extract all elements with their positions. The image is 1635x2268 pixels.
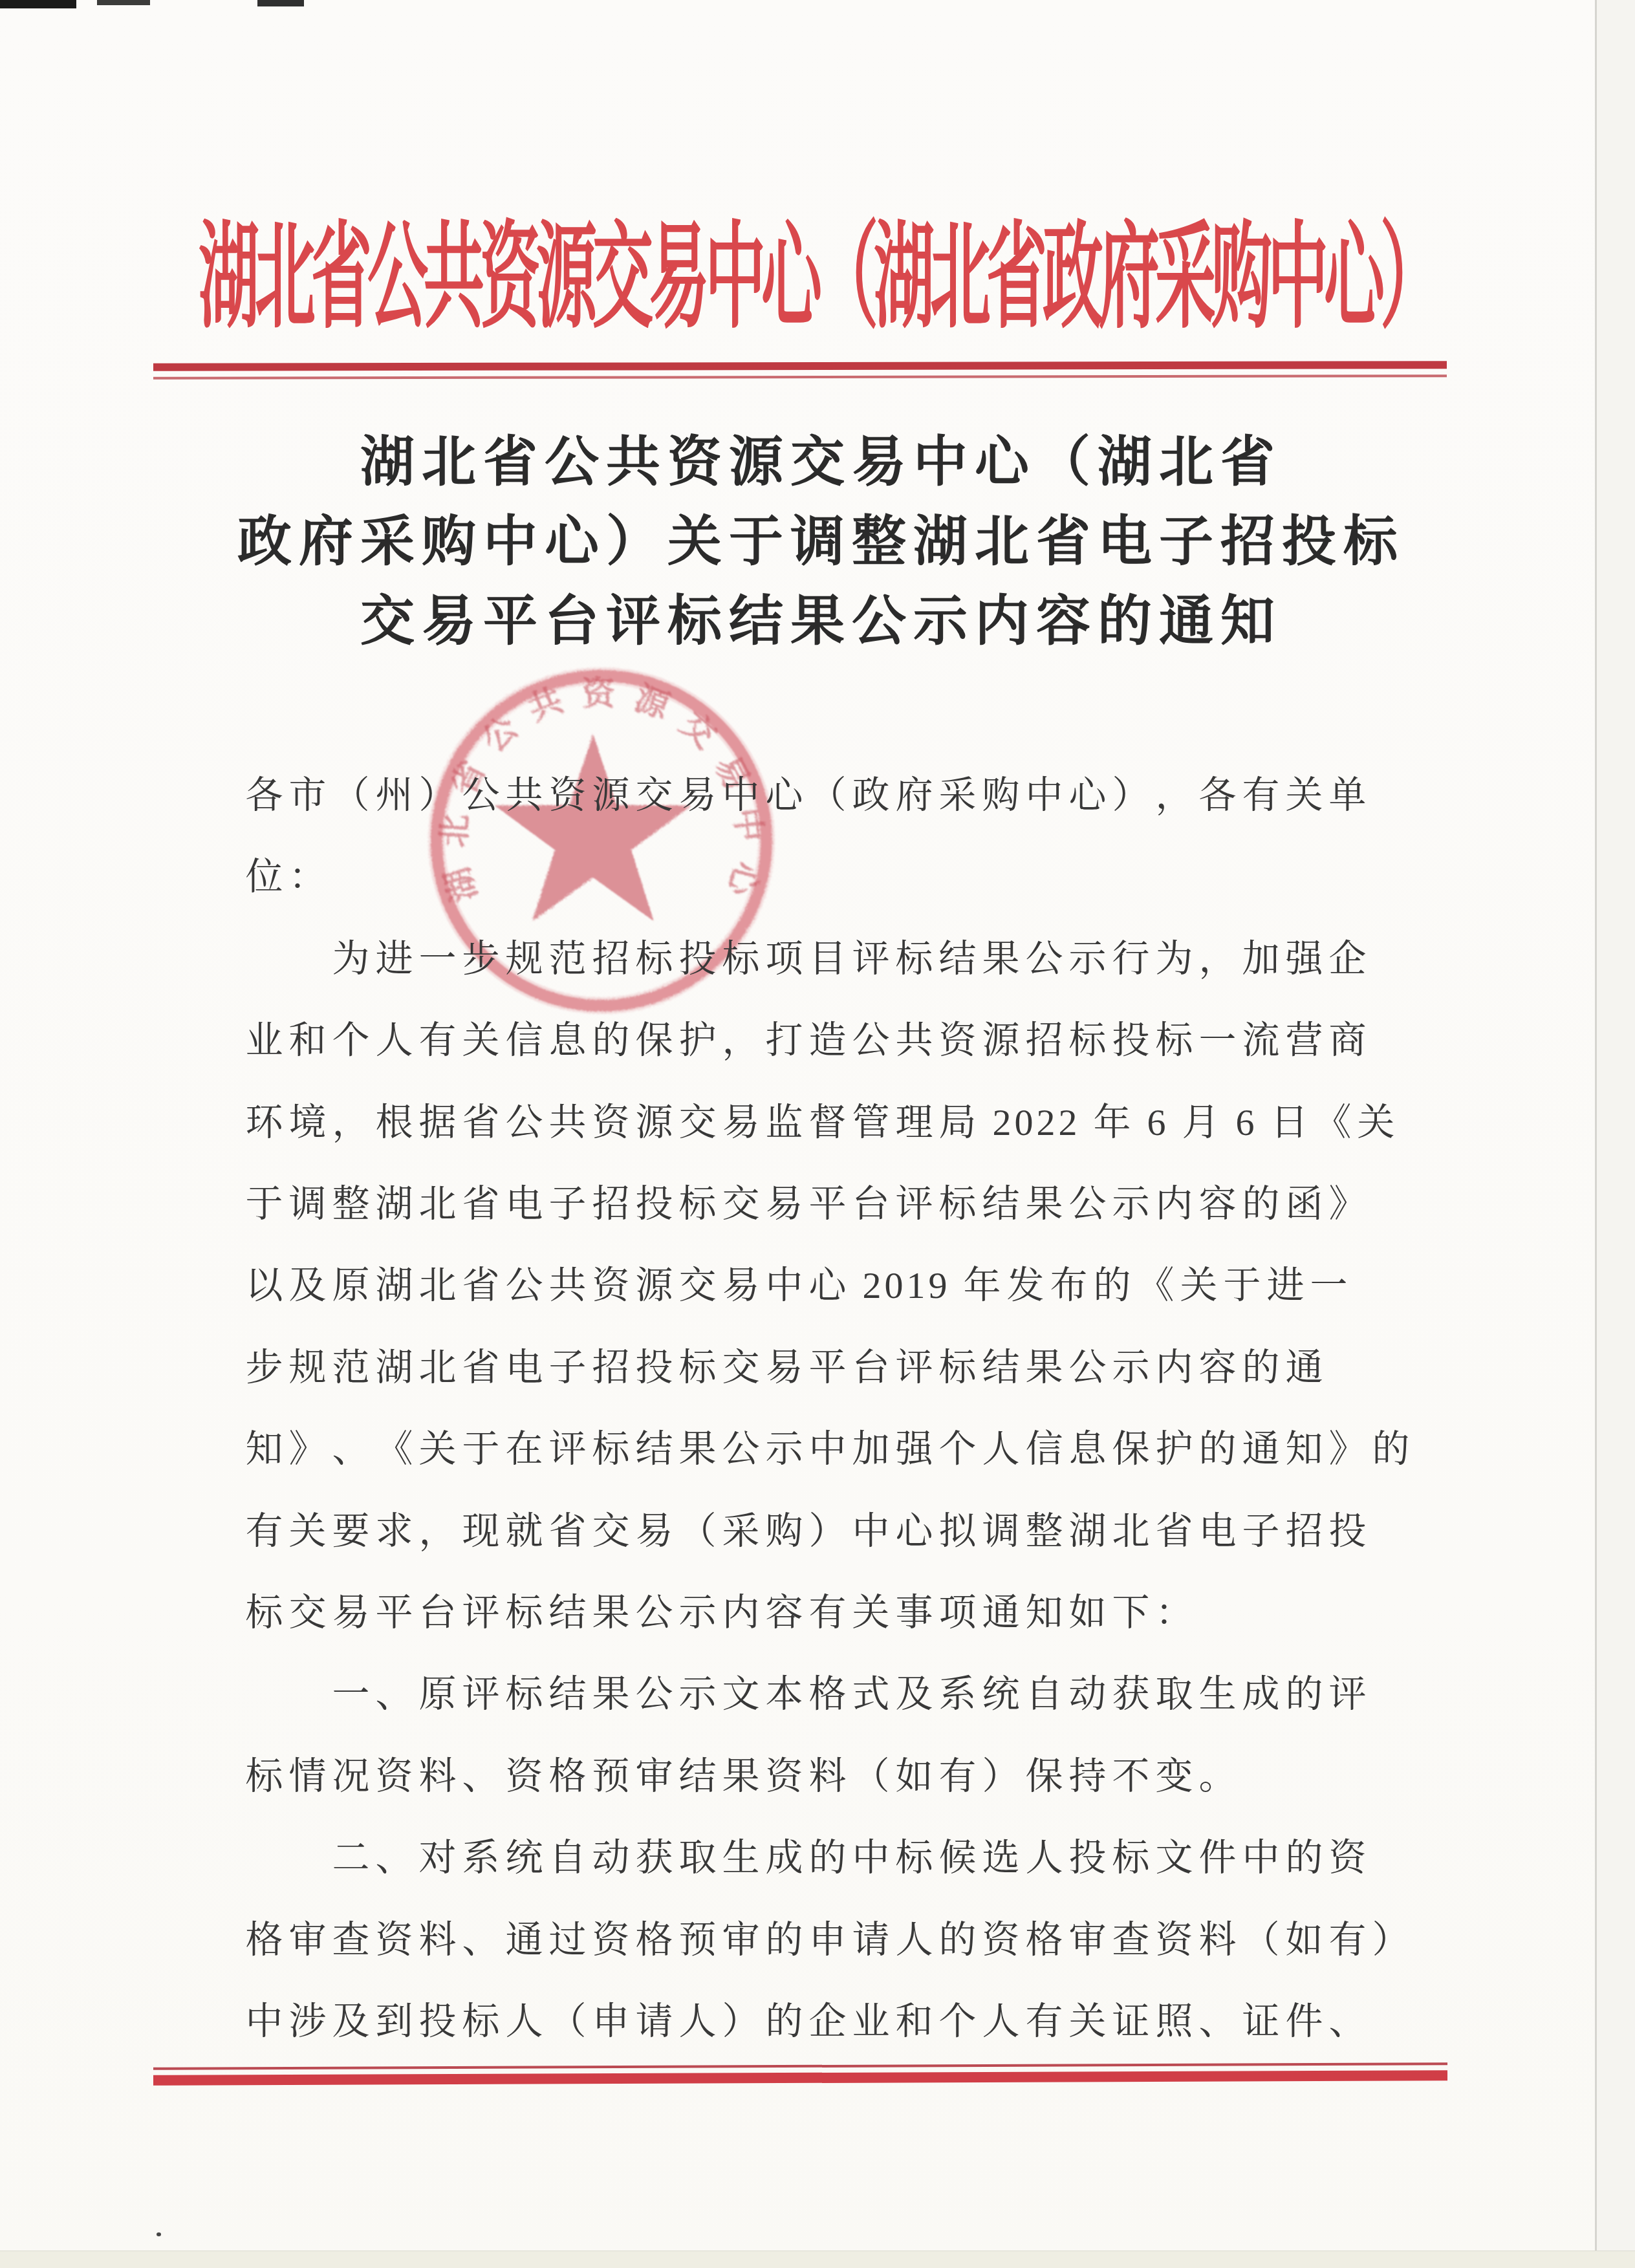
char: 据: [416, 1082, 459, 1163]
char: 心: [893, 1491, 936, 1572]
char: 及: [329, 1981, 373, 2062]
char: 共: [424, 221, 480, 430]
char: 管: [849, 1082, 893, 1163]
char: 中: [705, 221, 761, 430]
char: 统: [979, 1654, 1023, 1735]
char: 投: [1279, 509, 1340, 580]
char: 平: [806, 1327, 849, 1409]
char: 内: [719, 1572, 763, 1654]
char: 事: [893, 1572, 936, 1654]
char: ，: [329, 1082, 373, 1163]
char: [1256, 1082, 1268, 1163]
char: （: [1239, 1899, 1283, 1981]
char: 为: [1153, 918, 1196, 1000]
char: 不: [1109, 1736, 1153, 1817]
char: （: [817, 221, 874, 430]
char: 选: [979, 1817, 1023, 1899]
char: 一: [1196, 1000, 1239, 1081]
char: ）: [1109, 755, 1153, 836]
char: 中: [849, 1817, 893, 1899]
char: 企: [1326, 918, 1369, 1000]
char: 为: [329, 918, 373, 1000]
char: 果: [719, 1736, 763, 1817]
char: 子: [546, 1163, 589, 1245]
char: 中: [910, 429, 971, 501]
char: 标: [719, 918, 763, 1000]
char: 购: [418, 509, 480, 580]
char: 结: [546, 1654, 589, 1735]
char: 湖: [373, 1163, 416, 1245]
char: 公: [719, 1409, 763, 1490]
char: 资: [589, 1082, 633, 1163]
char: 评: [546, 1409, 589, 1490]
char: 交: [633, 755, 676, 836]
char: 购: [979, 755, 1023, 836]
document-line: 标交易平台评标结果公示内容有关事项通知如下：: [243, 1572, 1196, 1654]
char: 源: [633, 1245, 676, 1326]
char: 。: [1196, 1736, 1239, 1817]
char: 易: [763, 1163, 806, 1245]
char: 及: [286, 1245, 329, 1326]
char: 省: [311, 221, 367, 430]
char: 文: [1153, 1817, 1196, 1899]
char: 人: [373, 1000, 416, 1081]
char: 件: [1196, 1817, 1239, 1899]
char: 台: [541, 589, 603, 660]
char: 的: [1239, 1163, 1283, 1245]
char: 交: [589, 1491, 633, 1572]
char: ，: [719, 1000, 763, 1081]
char: 2: [991, 1082, 1013, 1163]
char: 规: [286, 1327, 329, 1409]
char: 北: [255, 221, 311, 430]
char: 《: [1134, 1245, 1177, 1326]
char: 求: [373, 1491, 416, 1572]
char: 示: [676, 1572, 719, 1654]
char: 关: [286, 1491, 329, 1572]
char: 、: [1196, 1981, 1239, 2062]
char: 拟: [936, 1491, 979, 1572]
char: [949, 1245, 960, 1326]
char: 的: [1283, 1654, 1326, 1735]
char: 的: [936, 1899, 979, 1981]
char: 息: [1066, 1409, 1109, 1490]
char: 人: [893, 1899, 936, 1981]
char: 标: [1340, 509, 1402, 580]
char: 的: [589, 1000, 633, 1081]
char: 于: [459, 1409, 503, 1490]
char: 调: [787, 509, 849, 580]
char: 月: [1179, 1082, 1222, 1163]
char: 发: [1004, 1245, 1047, 1326]
char: 结: [633, 1409, 676, 1490]
char: 内: [1153, 1327, 1196, 1409]
char: 在: [503, 1409, 546, 1490]
document-line: 为进一步规范招标投标项目评标结果公示行为，加强企: [243, 918, 1369, 1000]
char: 源: [536, 221, 592, 430]
char: 造: [806, 1000, 849, 1081]
char: 心: [971, 429, 1033, 501]
char: 北: [971, 509, 1033, 580]
char: 投: [416, 1981, 459, 2062]
char: 果: [1023, 1163, 1066, 1245]
char: 公: [633, 1654, 676, 1735]
char: 资: [664, 429, 726, 501]
char: 湖: [199, 221, 255, 430]
document-line: 中涉及到投标人（申请人）的企业和个人有关证照、证件、: [243, 1981, 1369, 2062]
char: 心: [763, 755, 806, 836]
char: 标: [243, 1736, 286, 1817]
char: 、: [459, 1899, 503, 1981]
char: 项: [936, 1572, 979, 1654]
char: 6: [1234, 1082, 1256, 1163]
char: 标: [936, 1327, 979, 1409]
char: 现: [459, 1491, 503, 1572]
char: 原: [329, 1245, 373, 1326]
char: 关: [1177, 1245, 1220, 1326]
char: 一: [1307, 1245, 1350, 1326]
char: 监: [763, 1082, 806, 1163]
char: ：: [1153, 1572, 1196, 1654]
char: 于: [243, 1163, 286, 1245]
char: 营: [1283, 1000, 1326, 1081]
char: ）: [806, 1491, 849, 1572]
scan-artifact: [97, 0, 150, 5]
char: 心: [1324, 221, 1380, 430]
char: 示: [676, 1654, 719, 1735]
char: 格: [243, 1899, 286, 1981]
char: 中: [1239, 1817, 1283, 1899]
char: 格: [546, 1736, 589, 1817]
char: 招: [589, 1163, 633, 1245]
char: 易: [329, 1572, 373, 1654]
char: 标: [1109, 1817, 1153, 1899]
char: 有: [806, 1572, 849, 1654]
char: 容: [1033, 589, 1094, 660]
char: 通: [979, 1572, 1023, 1654]
char: 强: [893, 1409, 936, 1490]
char: 范: [329, 1327, 373, 1409]
char: 中: [849, 1491, 893, 1572]
char: 心: [541, 509, 603, 580]
char: 北: [416, 1163, 459, 1245]
document-line: 环境，根据省公共资源交易监督管理局 2022 年 6 月 6 日《关: [243, 1082, 1398, 1163]
char: 采: [936, 755, 979, 836]
document-line: 于调整湖北省电子招投标交易平台评标结果公示内容的函》: [243, 1163, 1369, 1245]
char: 整: [329, 1163, 373, 1245]
char: 电: [503, 1327, 546, 1409]
document-line: 标情况资料、资格预审结果资料（如有）保持不变。: [243, 1736, 1239, 1817]
char: 生: [719, 1817, 763, 1899]
char: 果: [589, 1572, 633, 1654]
char: 格: [1023, 1899, 1066, 1981]
char: 示: [763, 1409, 806, 1490]
char: 过: [546, 1899, 589, 1981]
char: 中: [806, 1409, 849, 1490]
char: 易: [763, 1327, 806, 1409]
char: 资: [546, 755, 589, 836]
char: 《: [373, 1409, 416, 1490]
char: 有: [1326, 1899, 1369, 1981]
char: 范: [546, 918, 589, 1000]
char: ，: [1196, 918, 1239, 1000]
char: 评: [893, 1163, 936, 1245]
char: 平: [373, 1572, 416, 1654]
char: 招: [589, 1327, 633, 1409]
char: ）: [719, 1981, 763, 2062]
char: 知: [1217, 589, 1279, 660]
char: 原: [416, 1654, 459, 1735]
char: 步: [243, 1327, 286, 1409]
char: 公: [503, 1245, 546, 1326]
char: 公: [1066, 1327, 1109, 1409]
char: 关: [664, 509, 726, 580]
char: 共: [503, 755, 546, 836]
char: 府: [296, 509, 357, 580]
char: ）: [416, 755, 459, 836]
char: 共: [893, 1000, 936, 1081]
char: 公: [459, 755, 503, 836]
char: 件: [1283, 1981, 1326, 2062]
char: 6: [1145, 1082, 1167, 1163]
char: 业: [849, 1981, 893, 2062]
char: 内: [1153, 1163, 1196, 1245]
char: 审: [286, 1899, 329, 1981]
char: 关: [416, 1409, 459, 1490]
char: 标: [503, 1654, 546, 1735]
char: 打: [763, 1000, 806, 1081]
char: 源: [726, 429, 787, 501]
char: 督: [806, 1082, 849, 1163]
char: 资: [936, 1000, 979, 1081]
char: 易: [633, 1491, 676, 1572]
char: 证: [1239, 1981, 1283, 2062]
char: 资: [1153, 1899, 1196, 1981]
char: 自: [1023, 1654, 1066, 1735]
char: 省: [459, 1163, 503, 1245]
char: 市: [286, 755, 329, 836]
char: 省: [1217, 429, 1279, 501]
char: 调: [979, 1491, 1023, 1572]
char: 息: [546, 1000, 589, 1081]
char: 调: [286, 1163, 329, 1245]
char: 湖: [1066, 1491, 1109, 1572]
char: 取: [676, 1817, 719, 1899]
char: 评: [459, 1654, 503, 1735]
char: 标: [503, 1572, 546, 1654]
char: 个: [936, 1981, 979, 2062]
char: 评: [849, 918, 893, 1000]
char: 人: [676, 1981, 719, 2062]
char: 一: [329, 1654, 373, 1735]
char: 省: [1153, 1491, 1196, 1572]
char: 电: [1094, 509, 1156, 580]
char: 保: [633, 1000, 676, 1081]
char: 北: [1156, 429, 1217, 501]
char: 各: [243, 755, 286, 836]
char: 购: [1211, 221, 1268, 430]
char: 个: [936, 1409, 979, 1490]
char: 对: [416, 1817, 459, 1899]
char: 格: [633, 1899, 676, 1981]
char: 公: [541, 429, 603, 501]
char: 保: [1109, 1409, 1153, 1490]
char: 果: [676, 1409, 719, 1490]
char: 环: [243, 1082, 286, 1163]
char: 结: [676, 1736, 719, 1817]
char: （: [546, 1981, 589, 2062]
char: 省: [459, 1082, 503, 1163]
char: 示: [910, 589, 971, 660]
char: 通: [1156, 589, 1217, 660]
char: 政: [1043, 221, 1099, 430]
char: 申: [806, 1899, 849, 1981]
char: 加: [849, 1409, 893, 1490]
char: 湖: [373, 1327, 416, 1409]
char: 取: [1153, 1654, 1196, 1735]
char: 标: [633, 918, 676, 1000]
char: 关: [459, 1000, 503, 1081]
char: 评: [603, 589, 664, 660]
char: 容: [1196, 1327, 1239, 1409]
document-title-line-1: 湖北省公共资源交易中心（湖北省: [0, 429, 1635, 501]
char: 投: [633, 1327, 676, 1409]
char: 标: [459, 1981, 503, 2062]
char: 情: [286, 1736, 329, 1817]
char: 境: [286, 1082, 329, 1163]
char: 审: [1066, 1899, 1109, 1981]
char: 通: [503, 1899, 546, 1981]
char: 持: [1066, 1736, 1109, 1817]
char: 照: [1153, 1981, 1196, 2062]
char: ）: [1380, 221, 1436, 430]
char: 查: [329, 1899, 373, 1981]
scan-artifact: [0, 0, 76, 8]
char: 省: [459, 1327, 503, 1409]
char: 加: [1239, 918, 1283, 1000]
char: 成: [1239, 1654, 1283, 1735]
char: 请: [633, 1981, 676, 2062]
char: 二: [329, 1817, 373, 1899]
char: 内: [971, 589, 1033, 660]
char: 交: [719, 1327, 763, 1409]
char: 的: [763, 1899, 806, 1981]
char: 评: [1326, 1654, 1369, 1735]
char: 湖: [1094, 429, 1156, 501]
char: 标: [936, 1163, 979, 1245]
char: 资: [373, 1736, 416, 1817]
char: 中: [1268, 221, 1324, 430]
char: 人: [979, 1981, 1023, 2062]
char: 信: [503, 1000, 546, 1081]
document-line: 各市（州）公共资源交易中心（政府采购中心），各有关单: [243, 755, 1369, 836]
char: 根: [373, 1082, 416, 1163]
document-line: 知》、《关于在评标结果公示中加强个人信息保护的通知》的: [243, 1409, 1413, 1490]
char: 、: [459, 1736, 503, 1817]
char: 公: [1023, 918, 1066, 1000]
char: 评: [459, 1572, 503, 1654]
char: 源: [979, 1000, 1023, 1081]
char: 公: [633, 1572, 676, 1654]
char: 招: [1283, 1491, 1326, 1572]
char: [1079, 1082, 1090, 1163]
char: 企: [806, 1981, 849, 2062]
char: 获: [1109, 1654, 1153, 1735]
scan-right-margin: [1597, 0, 1635, 2268]
char: 果: [979, 918, 1023, 1000]
char: 投: [633, 1163, 676, 1245]
char: 中: [1023, 755, 1066, 836]
char: ：: [286, 836, 329, 918]
char: 》: [1326, 1163, 1369, 1245]
char: 动: [589, 1817, 633, 1899]
char: 《: [1311, 1082, 1354, 1163]
char: 年: [960, 1245, 1004, 1326]
char: 申: [589, 1981, 633, 2062]
char: 资: [979, 1899, 1023, 1981]
char: 北: [930, 221, 986, 430]
char: 系: [459, 1817, 503, 1899]
scan-speck: [157, 2232, 161, 2236]
char: 容: [1196, 1163, 1239, 1245]
char: 子: [1156, 509, 1217, 580]
char: 通: [1239, 1409, 1283, 1490]
char: 规: [503, 918, 546, 1000]
char: 、: [373, 1654, 416, 1735]
char: 交: [357, 589, 418, 660]
char: 关: [1066, 1981, 1109, 2062]
letterhead-title: 湖北省公共资源交易中心（湖北省政府采购中心）: [199, 221, 1436, 430]
char: 关: [1354, 1082, 1398, 1163]
char: 招: [1217, 509, 1279, 580]
char: 资: [1326, 1817, 1369, 1899]
char: 交: [592, 221, 649, 430]
char: 电: [503, 1163, 546, 1245]
char: （: [676, 1491, 719, 1572]
char: 公: [849, 589, 910, 660]
char: 示: [1066, 918, 1109, 1000]
char: 下: [1109, 1572, 1153, 1654]
char: 湖: [373, 1245, 416, 1326]
char: 的: [1196, 1409, 1239, 1490]
char: 资: [503, 1736, 546, 1817]
char: 标: [589, 1409, 633, 1490]
char: 0: [883, 1245, 905, 1326]
char: 有: [416, 1000, 459, 1081]
char: 心: [761, 221, 817, 430]
char: 预: [589, 1736, 633, 1817]
char: （: [806, 755, 849, 836]
char: 单: [1326, 755, 1369, 836]
char: 共: [603, 429, 664, 501]
char: 易: [418, 589, 480, 660]
char: 标: [664, 589, 726, 660]
char: 源: [589, 755, 633, 836]
char: 关: [1283, 755, 1326, 836]
char: 预: [676, 1899, 719, 1981]
char: 关: [849, 1572, 893, 1654]
char: 购: [763, 1491, 806, 1572]
char: 省: [1033, 509, 1094, 580]
char: 自: [546, 1817, 589, 1899]
char: 省: [480, 429, 541, 501]
char: 电: [1196, 1491, 1239, 1572]
char: 湖: [910, 509, 971, 580]
char: 投: [1066, 1817, 1109, 1899]
char: 府: [1099, 221, 1155, 430]
char: 和: [893, 1981, 936, 2062]
char: 湖: [357, 429, 418, 501]
